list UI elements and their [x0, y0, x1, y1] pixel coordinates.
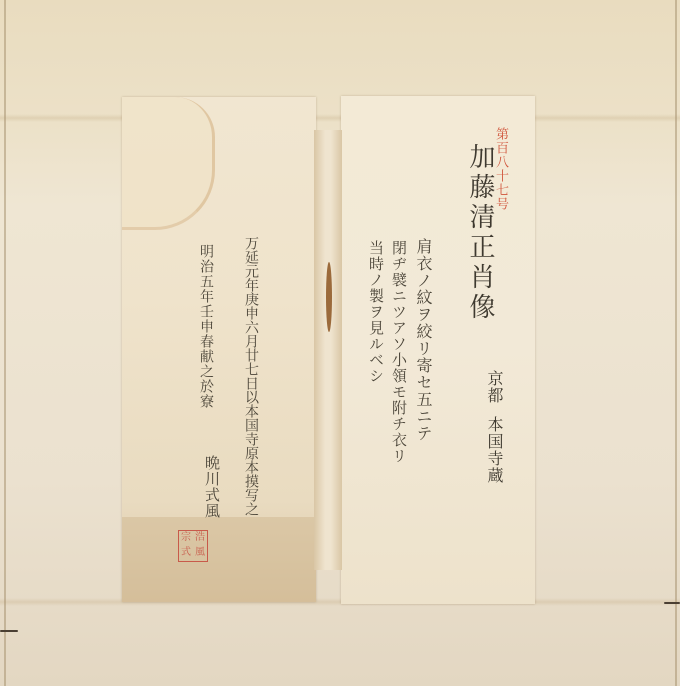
body-column-2: 閉ヂ襞ニツアソ小領モ附チ衣リ: [389, 240, 410, 464]
seal-char: 宗: [179, 531, 193, 546]
upper-mount-band: [0, 114, 680, 122]
fold-stain: [326, 262, 332, 332]
left-paper-slip: [122, 97, 316, 602]
body-column-1: 肩衣ノ紋ヲ絞リ寄セ五ニテ: [412, 238, 435, 442]
left-pin: [0, 630, 18, 632]
right-pin: [664, 602, 680, 604]
seal-char: 式: [179, 546, 193, 561]
body-column-3: 当時ノ製ヲ見ルベシ: [366, 240, 387, 384]
left-mount-edge: [4, 0, 6, 686]
slip-title: 加藤清正肖像: [462, 143, 499, 323]
red-seal-stamp: 宗 浩 式 風: [178, 530, 208, 562]
artist-signature: 晩川式風: [202, 455, 223, 519]
lower-mount-band: [0, 598, 680, 606]
owner-location: 京都: [483, 370, 506, 404]
center-fold-gap: [314, 130, 342, 570]
owner-temple: 本国寺蔵: [483, 416, 506, 484]
presentation-column: 明治五年壬申春献之於寮: [196, 244, 216, 409]
copy-date-column: 万延元年庚申六月廿七日以本国寺原本摸写之: [241, 236, 261, 516]
seal-char: 風: [193, 546, 207, 561]
seal-char: 浩: [193, 531, 207, 546]
right-mount-edge: [675, 0, 677, 686]
